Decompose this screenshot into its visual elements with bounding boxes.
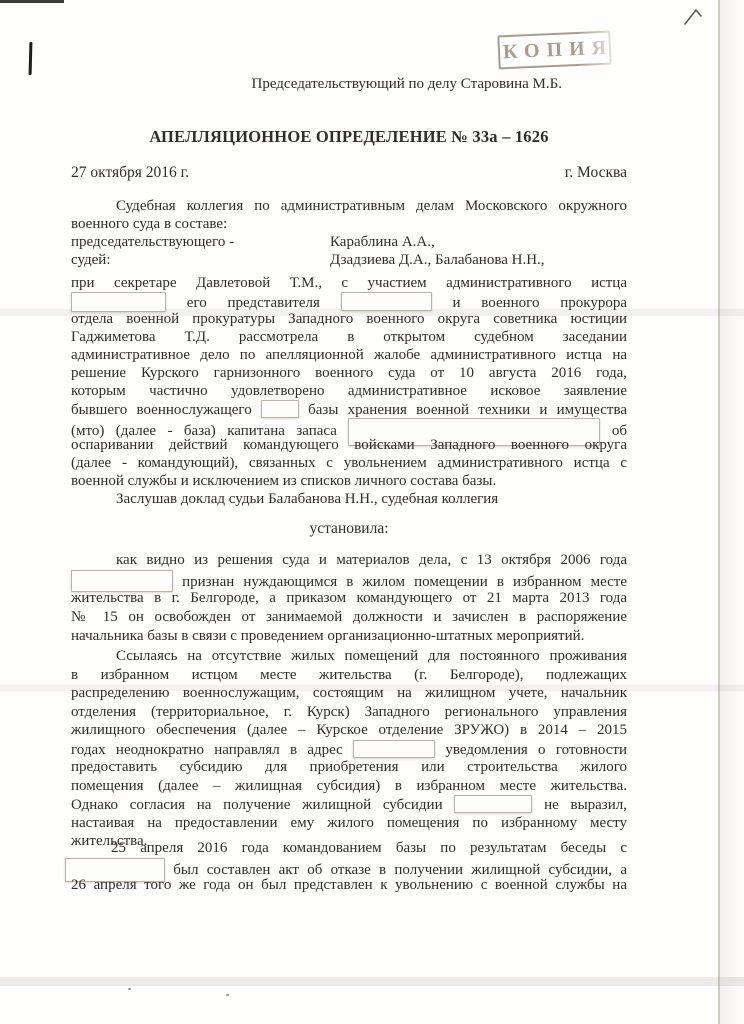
presiding-judge-line: Председательствующий по делу Старовина М… xyxy=(71,76,562,93)
text-line: в избранном истцом месте жительства (г. … xyxy=(71,666,627,685)
text-line: 25 апреля 2016 года командованием базы п… xyxy=(71,839,627,858)
document-city: г. Москва xyxy=(565,164,627,182)
text-line: жительства в г. Белгороде, а приказом ко… xyxy=(71,589,627,608)
text-line: признан нуждающимся в жилом помещении в … xyxy=(71,570,627,589)
text-line: его представителя и военного прокурора xyxy=(71,292,627,310)
text-line: жилищного обеспечения (далее – Курское о… xyxy=(71,721,627,740)
text-line: военного суда в составе: xyxy=(71,215,627,233)
text-line: отделения (территориальное, г. Курск) За… xyxy=(71,703,627,722)
text-line: оспаривании действий командующего войска… xyxy=(71,436,627,454)
text-line: бывшего военнослужащего базы хранения во… xyxy=(71,400,627,418)
text-line: № 15 он освобожден от занимаемой должнос… xyxy=(71,608,627,627)
text-line: председательствующего -Караблина А.А., xyxy=(71,233,627,251)
redaction-box xyxy=(353,740,435,758)
text-line: решение Курского гарнизонного военного с… xyxy=(71,364,627,382)
resolution-word: установила: xyxy=(71,520,627,538)
text-line: которым частично удовлетворено администр… xyxy=(71,382,627,400)
redaction-box xyxy=(341,292,432,311)
copy-stamp: КОПИЯ xyxy=(497,31,611,70)
text-line: при секретаре Давлетовой Т.М., с участие… xyxy=(71,274,627,292)
text-line: помещения (далее – жилищная субсидия) в … xyxy=(71,777,627,796)
text-line: военной службы и исключением из списков … xyxy=(71,472,627,490)
judge-name: Дзадзиева Д.А., Балабанова Н.Н., xyxy=(330,251,545,269)
scan-speck xyxy=(128,988,131,990)
scan-edge-shading xyxy=(720,0,744,1024)
text-line: (мто) (далее - база) капитана запаса об xyxy=(71,418,627,436)
text-line: был составлен акт об отказе в получении … xyxy=(71,858,627,877)
text-line: Однако согласия на получение жилищной су… xyxy=(71,795,627,814)
redaction-box xyxy=(454,795,532,813)
facts-3: 25 апреля 2016 года командованием базы п… xyxy=(71,839,627,895)
text-line: судей:Дзадзиева Д.А., Балабанова Н.Н., xyxy=(71,251,627,269)
redaction-box xyxy=(71,292,166,312)
case-intro: при секретаре Давлетовой Т.М., с участие… xyxy=(71,274,627,508)
facts-1: как видно из решения суда и материалов д… xyxy=(71,551,627,646)
redaction-box xyxy=(261,400,299,418)
text-line: 26 апреля того же года он был представле… xyxy=(71,876,627,895)
text-line: (далее - командующий), связанных с уволь… xyxy=(71,454,627,472)
text-line: предоставить субсидию для приобретения и… xyxy=(71,758,627,777)
text-line: настаивая на предоставлении ему жилого п… xyxy=(71,814,627,833)
document-title: АПЕЛЛЯЦИОННОЕ ОПРЕДЕЛЕНИЕ № 33а – 1626 xyxy=(71,127,627,147)
scanned-document-page: КОПИЯ Председательствующий по делу Старо… xyxy=(0,0,744,1024)
panel-composition: Судебная коллегия по административным де… xyxy=(71,197,627,269)
text-line: Судебная коллегия по административным де… xyxy=(71,197,627,215)
document-date: 27 октября 2016 г. xyxy=(71,164,189,182)
stamp-fade xyxy=(576,29,614,71)
text-line: Гаджиметова Т.Д. рассмотрела в открытом … xyxy=(71,328,627,346)
judge-name: Караблина А.А., xyxy=(330,233,435,251)
text-line: годах неоднократно направлял в адрес уве… xyxy=(71,740,627,759)
text-line: административное дело по апелляционной ж… xyxy=(71,346,627,364)
text-line: Ссылаясь на отсутствие жилых помещений д… xyxy=(71,647,627,666)
facts-2: Ссылаясь на отсутствие жилых помещений д… xyxy=(71,647,627,851)
text-line: отдела военной прокуратуры Западного вое… xyxy=(71,310,627,328)
date-place-row: 27 октября 2016 г. г. Москва xyxy=(71,164,627,182)
scan-streak-band xyxy=(0,977,744,986)
pen-mark-corner xyxy=(683,6,709,30)
text-line: Заслушав доклад судьи Балабанова Н.Н., с… xyxy=(71,490,627,508)
pen-mark-vertical-stroke xyxy=(29,42,33,75)
text-line: распределению военнослужащим, состоящим … xyxy=(71,684,627,703)
text-line: начальника базы в связи с проведением ор… xyxy=(71,627,627,646)
text-line: как видно из решения суда и материалов д… xyxy=(71,551,627,570)
scan-speck xyxy=(226,994,229,996)
scan-artifact-top-edge xyxy=(0,0,64,3)
